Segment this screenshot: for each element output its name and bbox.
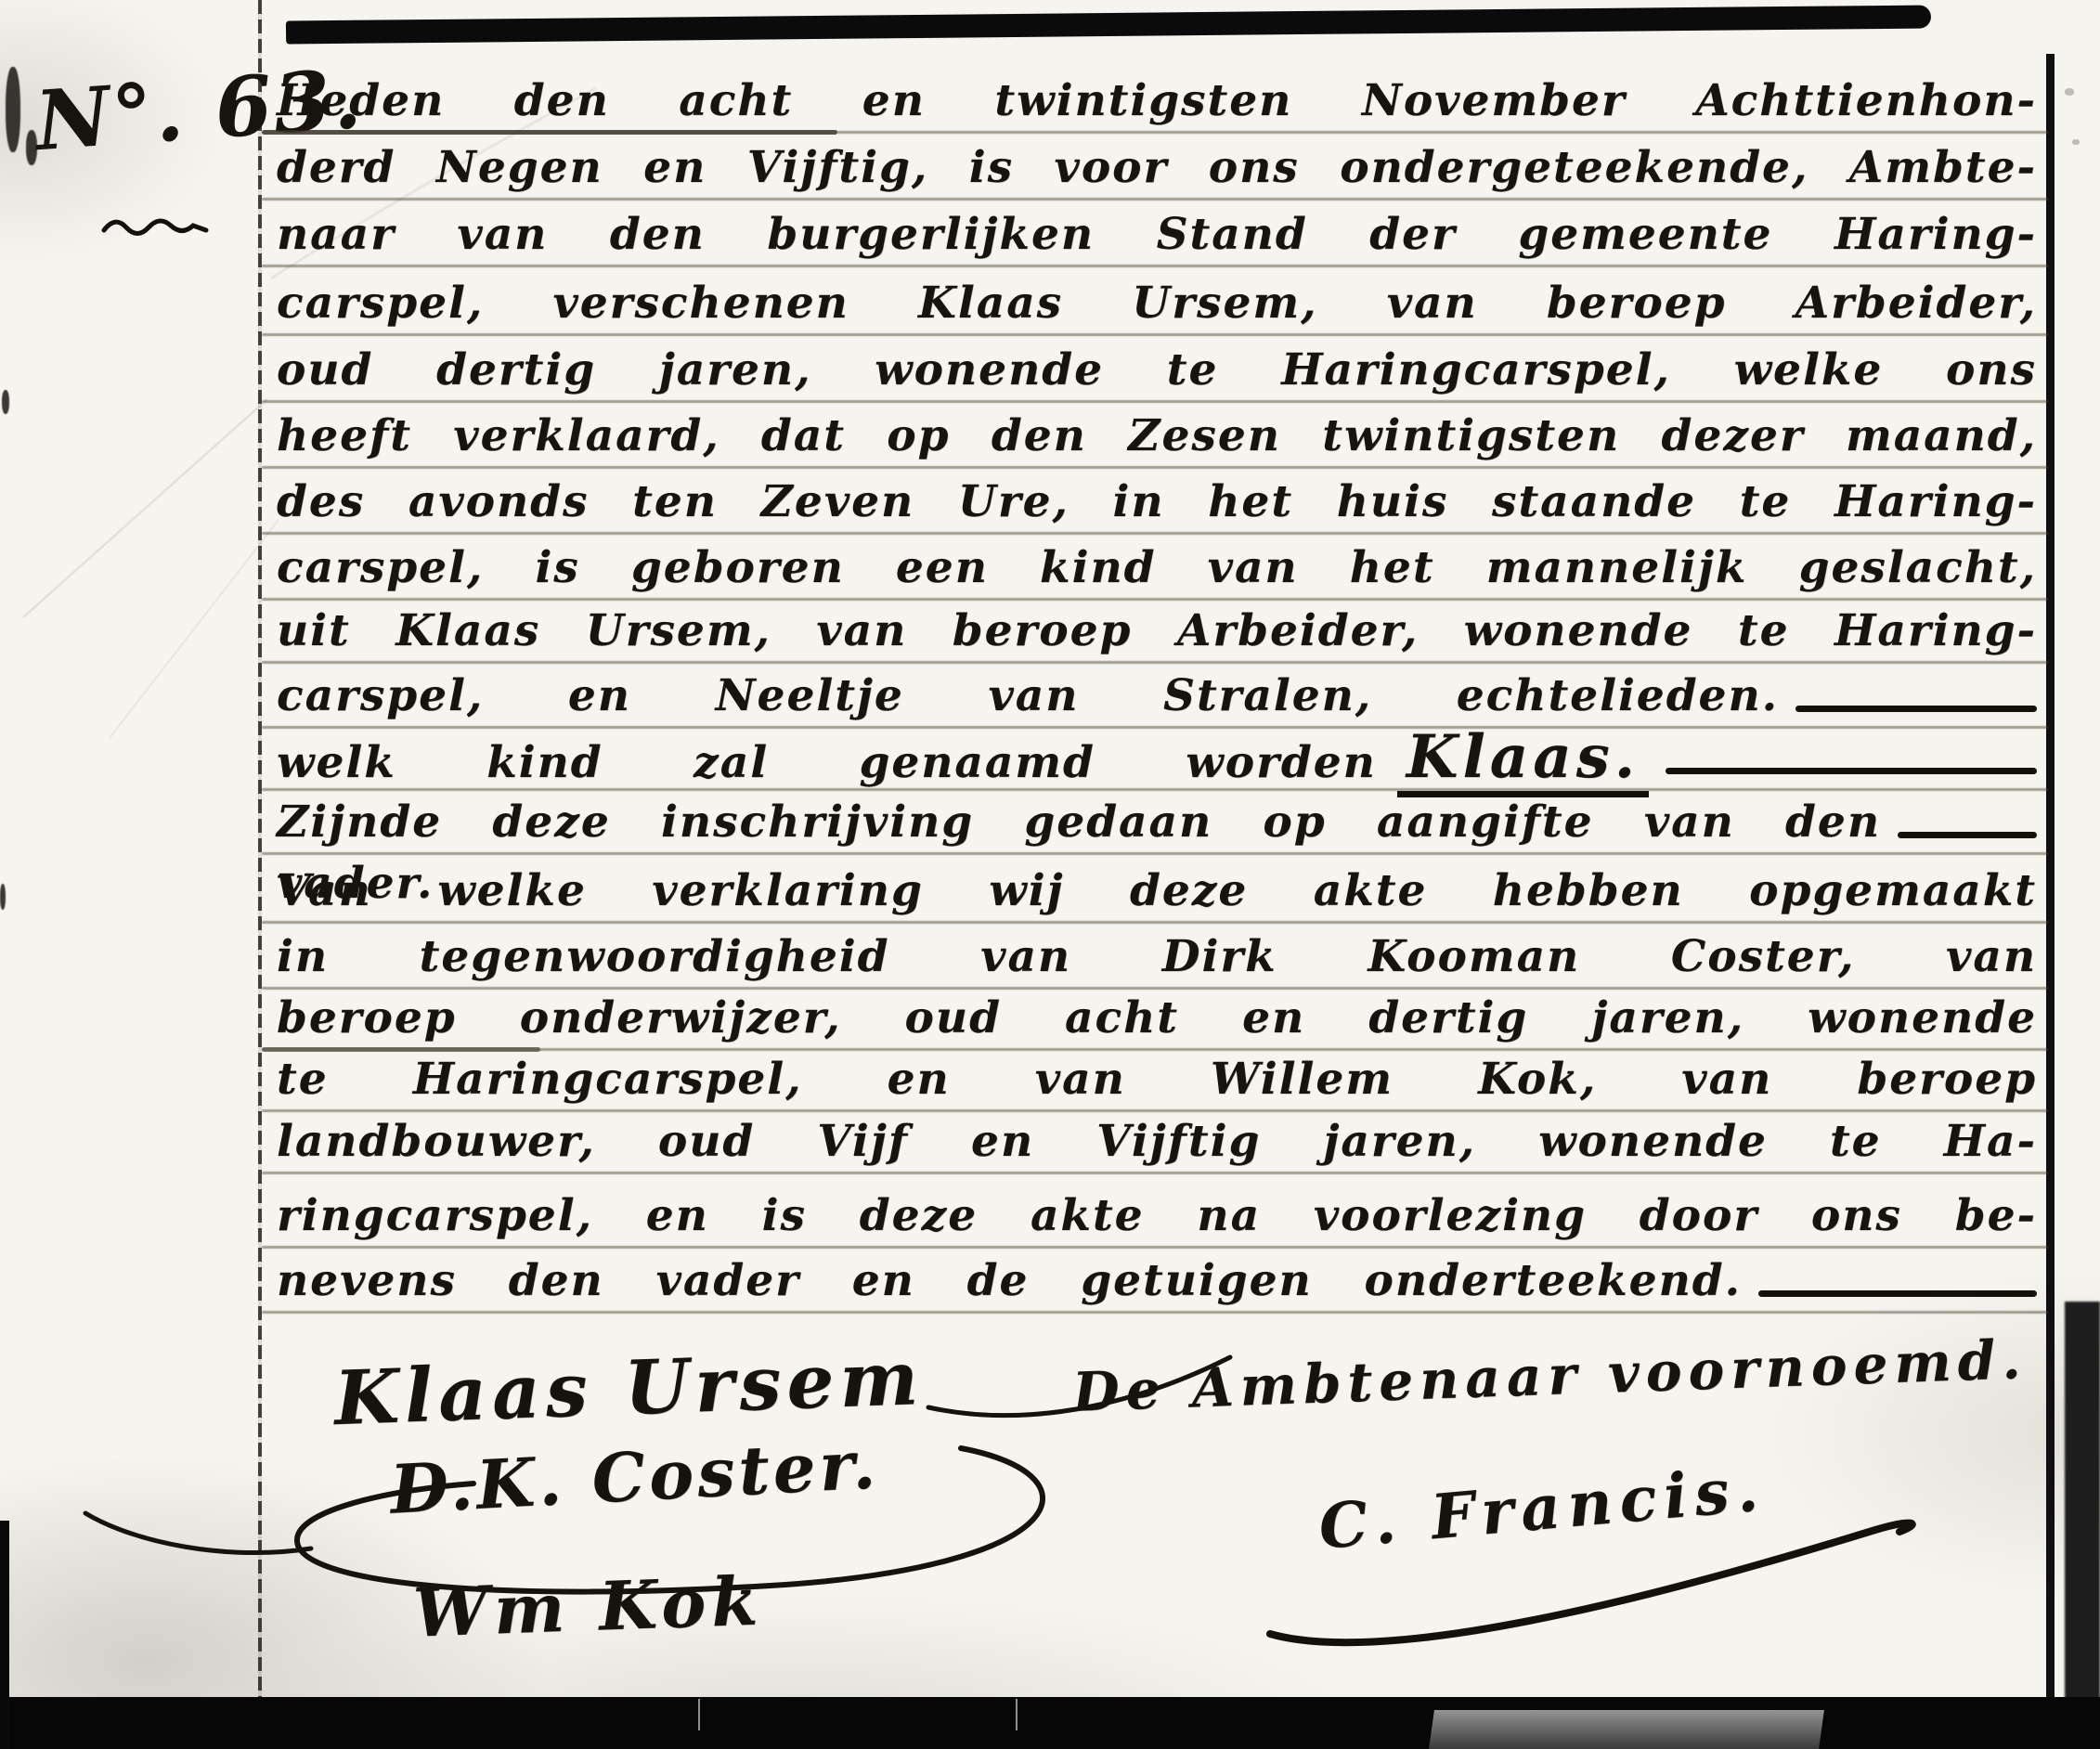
- line-text: in tegenwoordigheid van Dirk Kooman Cost…: [277, 926, 2037, 988]
- line-text: welk kind zal genaamd worden: [277, 732, 1377, 794]
- scanned-birth-record-page: { "page": { "act_number": "N°. 63.", "bo…: [0, 0, 2100, 1749]
- line-text: te Haringcarspel, en van Willem Kok, van…: [277, 1049, 2037, 1110]
- ink-speck: [2072, 139, 2080, 145]
- paper-crease: [110, 520, 279, 738]
- line-text: Van welke verklaring wij deze akte hebbe…: [277, 861, 2037, 922]
- act-number-squiggle: [104, 221, 206, 234]
- line-text: Heden den acht en twintigsten November A…: [277, 71, 2037, 132]
- document-line: carspel, en Neeltje van Stralen, echteli…: [262, 666, 2048, 727]
- document-line: landbouwer, oud Vijf en Vijftig jaren, w…: [262, 1111, 2048, 1172]
- line-text: naar van den burgerlijken Stand der geme…: [277, 204, 2037, 266]
- top-ink-bar: [286, 5, 1931, 44]
- ink-dash: [1758, 1290, 2037, 1297]
- document-line: Zijnde deze inschrijving gedaan op aangi…: [262, 792, 2048, 853]
- line-text: oud dertig jaren, wonende te Haringcarsp…: [277, 340, 2037, 401]
- document-line: te Haringcarspel, en van Willem Kok, van…: [262, 1049, 2048, 1110]
- scan-edge-shadow: [2065, 1302, 2100, 1701]
- signature-witness-kok: Wm Kok: [412, 1561, 765, 1652]
- signature-witness-coster: D.K. Coster.: [388, 1424, 881, 1528]
- signature-registrar: C. Francis.: [1316, 1452, 1769, 1563]
- line-text: beroep onderwijzer, oud acht en dertig j…: [277, 988, 2037, 1049]
- scan-band-patch: [1429, 1710, 1824, 1749]
- document-line: carspel, is geboren een kind van het man…: [262, 538, 2048, 599]
- ink-dash: [1898, 832, 2037, 838]
- document-line: oud dertig jaren, wonende te Haringcarsp…: [262, 340, 2048, 401]
- document-line: ringcarspel, en is deze akte na voorlezi…: [262, 1185, 2048, 1247]
- line-text: carspel, verschenen Klaas Ursem, van ber…: [277, 273, 2037, 334]
- scan-scratch: [698, 1699, 700, 1730]
- child-name: Klaas.: [1397, 728, 1649, 797]
- document-line: in tegenwoordigheid van Dirk Kooman Cost…: [262, 926, 2048, 988]
- document-line: beroep onderwijzer, oud acht en dertig j…: [262, 988, 2048, 1049]
- document-line: Van welke verklaring wij deze akte hebbe…: [262, 861, 2048, 922]
- document-line: nevens den vader en de getuigen ondertee…: [262, 1250, 2048, 1312]
- line-text: derd Negen en Vijftig, is voor ons onder…: [277, 137, 2037, 199]
- ink-speck: [2, 390, 9, 414]
- ink-speck: [0, 884, 6, 910]
- document-line: des avonds ten Zeven Ure, in het huis st…: [262, 472, 2048, 533]
- ink-dash: [1666, 768, 2037, 774]
- document-line: heeft verklaard, dat op den Zesen twinti…: [262, 406, 2048, 467]
- line-text: nevens den vader en de getuigen ondertee…: [277, 1250, 1742, 1312]
- document-line: carspel, verschenen Klaas Ursem, van ber…: [262, 273, 2048, 334]
- line-text: carspel, en Neeltje van Stralen, echteli…: [277, 666, 1779, 727]
- line-text: ringcarspel, en is deze akte na voorlezi…: [277, 1185, 2037, 1247]
- document-line: naar van den burgerlijken Stand der geme…: [262, 204, 2048, 266]
- document-line: Heden den acht en twintigsten November A…: [262, 71, 2048, 132]
- line-text: des avonds ten Zeven Ure, in het huis st…: [277, 472, 2037, 533]
- ink-speck: [2065, 88, 2074, 96]
- paper-crease: [23, 399, 267, 617]
- line-text: carspel, is geboren een kind van het man…: [277, 538, 2037, 599]
- document-line: derd Negen en Vijftig, is voor ons onder…: [262, 137, 2048, 199]
- coster-flourish-tail: [85, 1513, 311, 1553]
- ink-speck: [26, 130, 37, 165]
- document-line: uit Klaas Ursem, van beroep Arbeider, wo…: [262, 601, 2048, 662]
- line-text: landbouwer, oud Vijf en Vijftig jaren, w…: [277, 1111, 2037, 1172]
- line-text: uit Klaas Ursem, van beroep Arbeider, wo…: [277, 601, 2037, 662]
- document-line-child-name: welk kind zal genaamd wordenKlaas.: [262, 728, 2048, 789]
- ink-dash: [1795, 706, 2037, 712]
- line-text: heeft verklaard, dat op den Zesen twinti…: [277, 406, 2037, 467]
- scan-scratch: [1016, 1699, 1018, 1730]
- scan-left-edge: [0, 1521, 9, 1749]
- ink-speck: [6, 67, 20, 152]
- closing-phrase: De Ambtenaar voornoemd.: [1071, 1328, 2028, 1424]
